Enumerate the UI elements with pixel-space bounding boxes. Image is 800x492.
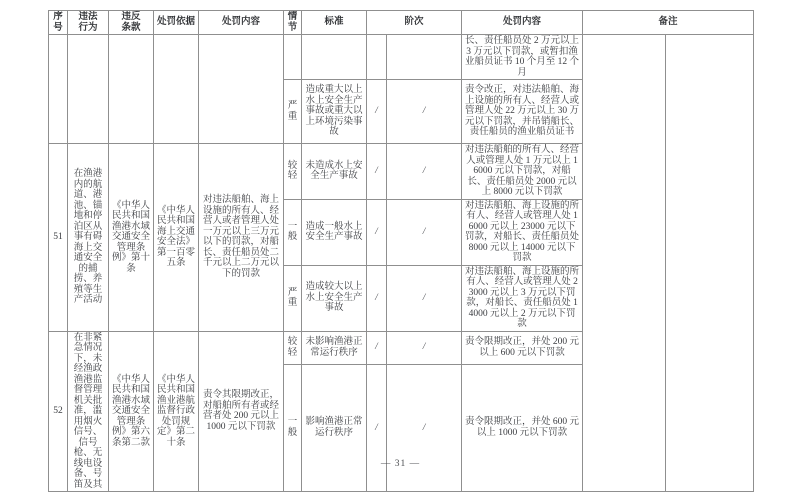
stage-b-cell: / xyxy=(387,265,462,331)
header-serial-no: 序 号 xyxy=(49,11,68,35)
header-remark: 备注 xyxy=(583,11,754,35)
header-penalty-detail: 处罚内容 xyxy=(462,11,583,35)
empty-circumstance-cell xyxy=(284,35,302,80)
empty-violation-cell xyxy=(68,35,109,144)
remark-cell-a xyxy=(583,35,666,492)
empty-basis-cell xyxy=(154,35,199,144)
stage-b-cell: / xyxy=(387,199,462,265)
table-header-row: 序 号 违法 行为 违反 条款 处罚依据 处罚内容 情 节 标准 阶次 处罚内容… xyxy=(49,11,754,35)
empty-clause-cell xyxy=(109,35,154,144)
circumstance-cell: 一 般 xyxy=(284,364,302,491)
circumstance-cell: 严 重 xyxy=(284,265,302,331)
standard-cell: 造成重大以上水上安全生产事故或重大以上环境污染事故 xyxy=(302,80,367,144)
stage-b-cell: / xyxy=(387,331,462,364)
stage-b-cell: / xyxy=(387,144,462,200)
penalty-detail-cell: 责令限期改正，并处 200 元以上 600 元以下罚款 xyxy=(462,331,583,364)
continuation-row-a: 长、责任船员处 2 万元以上 3 万元以下罚款，或暂扣渔业船员证书 10 个月至… xyxy=(49,35,754,80)
violation-text: 在渔港内的航道、港池、锚地和停泊区从事有碍海上交通安全的捕捞、养殖等生产活动 xyxy=(68,144,109,332)
clause-text: 《中华人民共和国渔港水域交通安全管理条例》第十条 xyxy=(109,144,154,332)
header-standard: 标准 xyxy=(302,11,367,35)
empty-stage-b-cell xyxy=(387,35,462,80)
page-number: — 31 — xyxy=(48,459,753,469)
circumstance-cell: 一 般 xyxy=(284,199,302,265)
penalty-detail-cell: 对违法船舶、海上设施的所有人、经营人或管理人处 23000 元以上 3 万元以下… xyxy=(462,265,583,331)
standard-cell: 影响渔港正常运行秩序 xyxy=(302,364,367,491)
basis-text: 《中华人民共和国海上交通安全法》第一百零五条 xyxy=(154,144,199,332)
circumstance-cell: 严 重 xyxy=(284,80,302,144)
standard-cell: 造成较大以上水上安全生产事故 xyxy=(302,265,367,331)
serial-no: 51 xyxy=(49,144,68,332)
stage-a-cell: / xyxy=(367,331,387,364)
stage-a-cell: / xyxy=(367,199,387,265)
standard-cell: 未造成水上安全生产事故 xyxy=(302,144,367,200)
empty-penalty-cell xyxy=(199,35,284,144)
header-basis: 处罚依据 xyxy=(154,11,199,35)
penalty-detail-cell: 责令限期改正，并处 600 元以上 1000 元以下罚款 xyxy=(462,364,583,491)
stage-a-cell: / xyxy=(367,80,387,144)
standard-cell: 造成一般水上安全生产事故 xyxy=(302,199,367,265)
empty-standard-cell xyxy=(302,35,367,80)
standard-cell: 未影响渔港正常运行秩序 xyxy=(302,331,367,364)
empty-serial-cell xyxy=(49,35,68,144)
stage-b-cell: / xyxy=(387,80,462,144)
stage-a-cell: / xyxy=(367,144,387,200)
header-stage: 阶次 xyxy=(367,11,462,35)
header-violation: 违法 行为 xyxy=(68,11,109,35)
header-clause: 违反 条款 xyxy=(109,11,154,35)
penalty-standards-table: 序 号 违法 行为 违反 条款 处罚依据 处罚内容 情 节 标准 阶次 处罚内容… xyxy=(48,10,754,492)
stage-b-cell: / xyxy=(387,364,462,491)
penalty-tail-text: 长、责任船员处 2 万元以上 3 万元以下罚款，或暂扣渔业船员证书 10 个月至… xyxy=(462,35,583,80)
stage-a-cell: / xyxy=(367,265,387,331)
document-page: 序 号 违法 行为 违反 条款 处罚依据 处罚内容 情 节 标准 阶次 处罚内容… xyxy=(0,0,800,474)
remark-cell-b xyxy=(666,35,754,492)
penalty-detail-cell: 责令改正，对违法船舶、海上设施的所有人、经营人或管理人处 22 万元以上 30 … xyxy=(462,80,583,144)
penalty-detail-cell: 对违法船舶的所有人、经营人或管理人处 1 万元以上 16000 元以下罚款，对船… xyxy=(462,144,583,200)
header-circumstance: 情 节 xyxy=(284,11,302,35)
empty-stage-a-cell xyxy=(367,35,387,80)
penalty-text: 对违法船舶、海上设施的所有人、经营人或者管理人处一万元以上三万元以下的罚款，对船… xyxy=(199,144,284,332)
penalty-detail-cell: 对违法船舶、海上设施的所有人、经营人或管理人处 16000 元以上 23000 … xyxy=(462,199,583,265)
stage-a-cell: / xyxy=(367,364,387,491)
circumstance-cell: 较 轻 xyxy=(284,331,302,364)
circumstance-cell: 较 轻 xyxy=(284,144,302,200)
header-penalty: 处罚内容 xyxy=(199,11,284,35)
